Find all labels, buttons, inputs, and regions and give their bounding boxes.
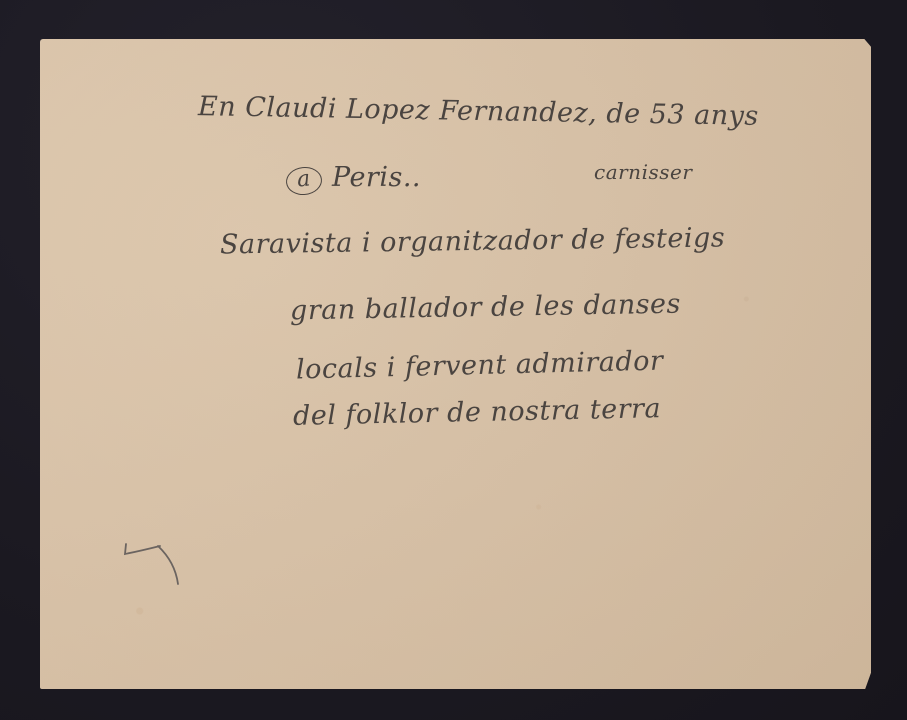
circled-a-marker: a	[285, 165, 324, 197]
pencil-check-mark-icon	[120, 540, 190, 600]
alias-text: Peris..	[332, 162, 421, 193]
handwritten-profession: carnisser	[594, 160, 692, 184]
handwritten-line-alias: aPeris..	[286, 162, 421, 195]
